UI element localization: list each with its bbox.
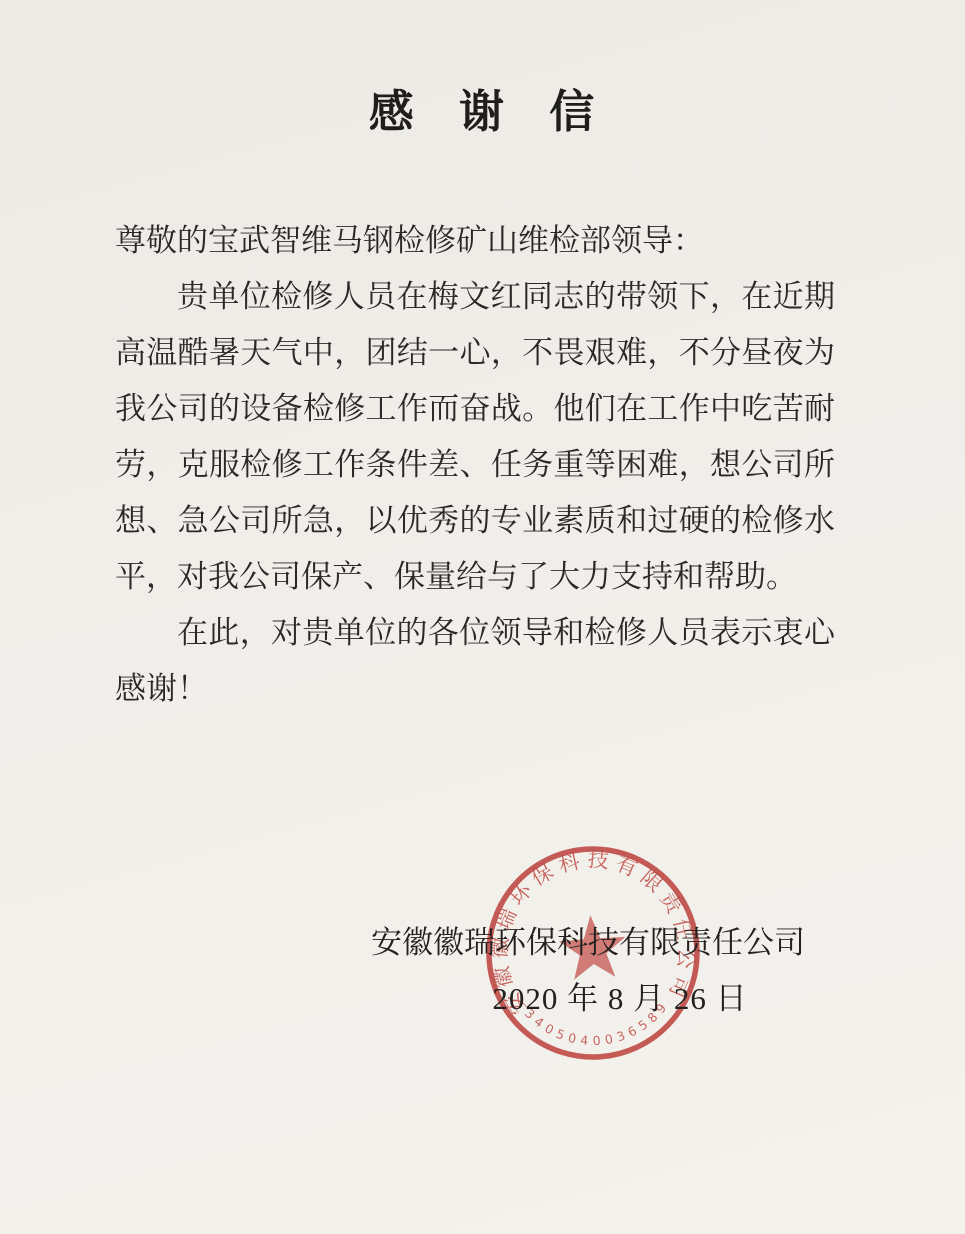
- letter-title: 感 谢 信: [0, 86, 965, 138]
- salutation: 尊敬的宝武智维马钢检修矿山维检部领导：: [115, 213, 835, 269]
- letter-body: 尊敬的宝武智维马钢检修矿山维检部领导： 贵单位检修人员在梅文红同志的带领下，在近…: [115, 213, 835, 717]
- paragraph-2: 在此，对贵单位的各位领导和检修人员表示衷心感谢！: [115, 605, 835, 717]
- letter-page: 感 谢 信 尊敬的宝武智维马钢检修矿山维检部领导： 贵单位检修人员在梅文红同志的…: [0, 0, 965, 1234]
- paragraph-1: 贵单位检修人员在梅文红同志的带领下，在近期高温酷暑天气中，团结一心，不畏艰难，不…: [115, 269, 835, 605]
- signature-company: 安徽徽瑞环保科技有限责任公司: [371, 915, 805, 971]
- signature-date: 2020 年 8 月 26 日: [492, 971, 747, 1027]
